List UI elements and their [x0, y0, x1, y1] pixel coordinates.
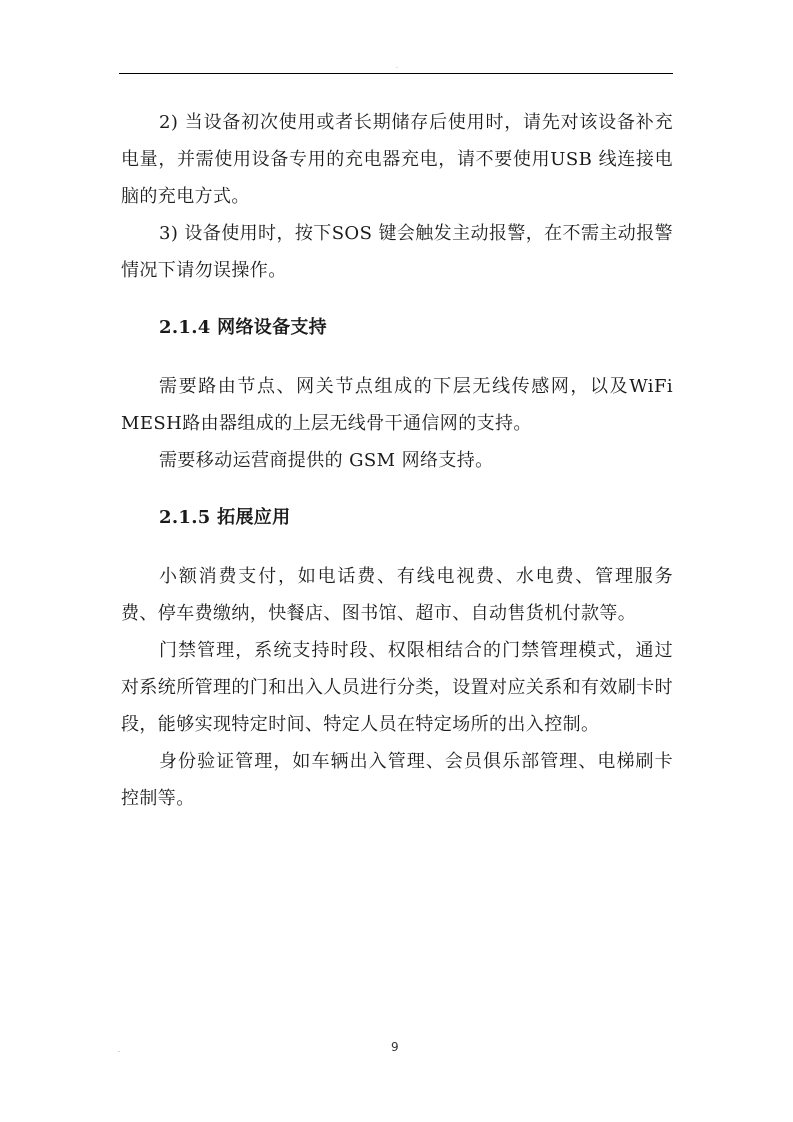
paragraph-access-control: 门禁管理，系统支持时段、权限相结合的门禁管理模式，通过对系统所管理的门和出入人员…: [121, 632, 673, 743]
page-content: 2) 当设备初次使用或者长期储存后使用时，请先对该设备补充电量，并需使用设备专用…: [121, 104, 673, 817]
paragraph-network-mesh: 需要路由节点、网关节点组成的下层无线传感网，以及WiFi MESH路由器组成的上…: [121, 368, 673, 442]
header-rule: [119, 73, 673, 74]
paragraph-network-gsm: 需要移动运营商提供的 GSM 网络支持。: [121, 442, 673, 479]
page-number: 9: [391, 1040, 399, 1054]
footer-marker: .: [118, 1048, 120, 1054]
section-heading-network-support: 2.1.4 网络设备支持: [121, 309, 673, 346]
paragraph-micropayment: 小额消费支付，如电话费、有线电视费、水电费、管理服务费、停车费缴纳，快餐店、图书…: [121, 558, 673, 632]
paragraph-identity-verification: 身份验证管理，如车辆出入管理、会员俱乐部管理、电梯刷卡控制等。: [121, 743, 673, 817]
section-heading-extended-apps: 2.1.5 拓展应用: [121, 499, 673, 536]
paragraph-charging-note: 2) 当设备初次使用或者长期储存后使用时，请先对该设备补充电量，并需使用设备专用…: [121, 104, 673, 215]
paragraph-sos-note: 3) 设备使用时，按下SOS 键会触发主动报警，在不需主动报警情况下请勿误操作。: [121, 215, 673, 289]
header-marker: .: [396, 64, 398, 70]
